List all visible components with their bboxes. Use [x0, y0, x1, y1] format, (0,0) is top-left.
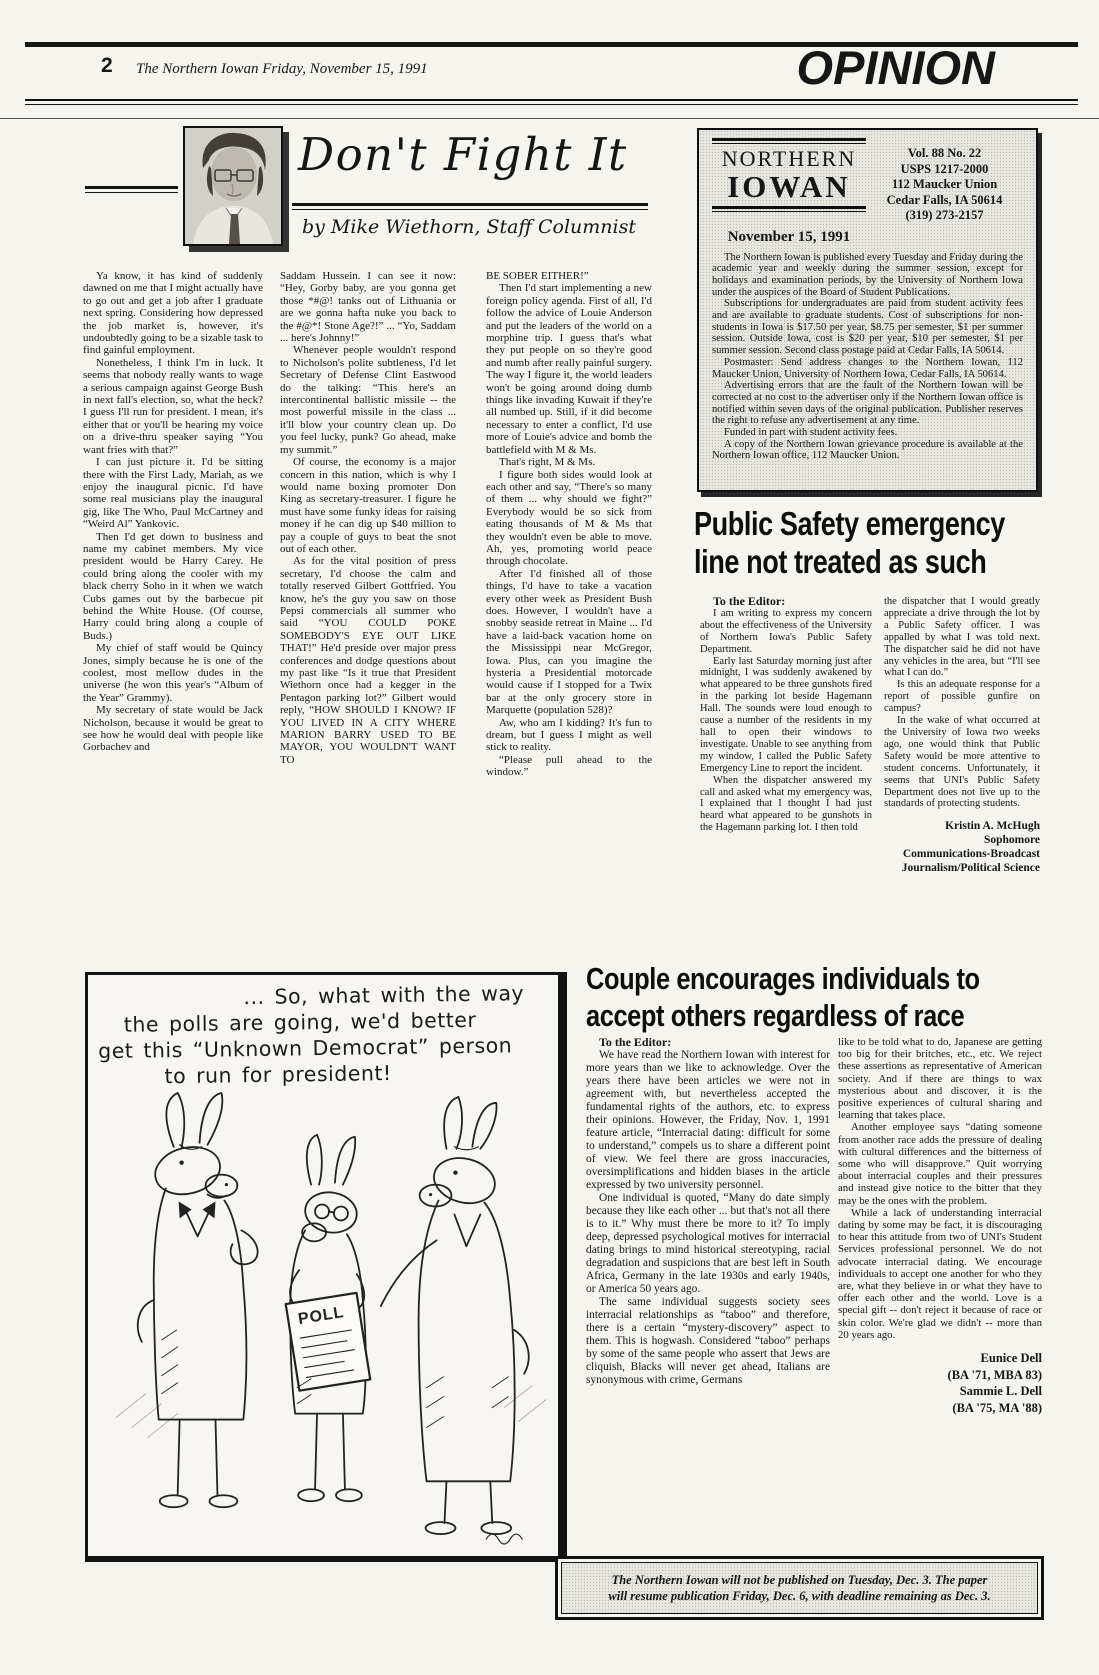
masthead-box: NORTHERN IOWAN Vol. 88 No. 22 USPS 1217-… — [697, 128, 1038, 492]
masthead-name-line2: IOWAN — [712, 171, 866, 202]
letter-paragraph: One individual is quoted, “Many do date … — [586, 1192, 830, 1296]
columnist-photo — [183, 126, 283, 246]
cartoon-caption-line: to run for president! — [164, 1058, 550, 1089]
letter1-headline-line1: Public Safety emergency — [694, 505, 1005, 543]
masthead-date: November 15, 1991 — [712, 229, 866, 246]
feature-byline: by Mike Wiethorn, Staff Columnist — [302, 216, 636, 238]
article-paragraph: My secretary of state would be Jack Nich… — [83, 704, 263, 754]
article-paragraph: BE SOBER EITHER!” — [486, 270, 652, 282]
article-paragraph: Saddam Hussein. I can see it now: “Hey, … — [280, 270, 456, 344]
cartoon-donkeys-illustration: POLL — [96, 1089, 556, 1549]
letter1-column-2: the dispatcher that I would greatly appr… — [884, 596, 1040, 946]
article-column-3: BE SOBER EITHER!” Then I'd start impleme… — [486, 270, 652, 946]
letter-paragraph: Is this an adequate response for a repor… — [884, 679, 1040, 715]
letter2-column-1: To the Editor: We have read the Northern… — [586, 1036, 830, 1550]
donkey-right — [381, 1097, 529, 1534]
letter-paragraph: I am writing to express my concern about… — [700, 608, 872, 656]
article-paragraph: Nonetheless, I think I'm in luck. It see… — [83, 357, 263, 456]
article-paragraph: My chief of staff would be Quincy Jones,… — [83, 642, 263, 704]
letter1-headline-line2: line not treated as such — [694, 543, 1005, 581]
letter-paragraph: We have read the Northern Iowan with int… — [586, 1049, 830, 1192]
editorial-cartoon-box: ... So, what with the way the polls are … — [85, 972, 567, 1562]
article-paragraph: Whenever people wouldn't respond to Nich… — [280, 344, 456, 456]
publication-notice-box: The Northern Iowan will not be published… — [555, 1556, 1044, 1620]
masthead-contact-block: Vol. 88 No. 22 USPS 1217-2000 112 Maucke… — [866, 138, 1023, 224]
signature-name: Sammie L. Dell — [838, 1383, 1042, 1400]
donkey-middle: POLL — [286, 1135, 371, 1501]
cartoon-caption: ... So, what with the way the polls are … — [95, 980, 550, 1090]
donkey-left — [138, 1093, 258, 1507]
masthead-volume: Vol. 88 No. 22 — [866, 146, 1023, 162]
publication-notice-line1: The Northern Iowan will not be published… — [562, 1572, 1037, 1588]
letter-paragraph: the dispatcher that I would greatly appr… — [884, 596, 1040, 679]
letter-paragraph: In the wake of what occurred at the Univ… — [884, 715, 1040, 810]
signature-line: (BA '75, MA '88) — [838, 1400, 1042, 1417]
header-bottom-rule-thin — [25, 104, 1078, 105]
letter-paragraph: The same individual suggests society see… — [586, 1296, 830, 1387]
article-paragraph: After I'd finished all of those things, … — [486, 568, 652, 717]
masthead-address-line1: 112 Maucker Union — [866, 177, 1023, 193]
header-bottom-rule — [25, 99, 1078, 101]
section-title: OPINION — [797, 44, 995, 91]
masthead-fine-print: The Northern Iowan is published every Tu… — [712, 252, 1023, 463]
masthead-rule-top — [712, 138, 866, 144]
letter-paragraph: While a lack of understanding interracia… — [838, 1207, 1042, 1341]
poll-paper: POLL — [286, 1293, 371, 1391]
masthead-paragraph: The Northern Iowan is published every Tu… — [712, 252, 1023, 299]
letter2-headline-line1: Couple encourages individuals to — [586, 960, 980, 997]
letter2-salutation: To the Editor: — [586, 1036, 830, 1049]
page-number: 2 — [101, 54, 113, 78]
article-paragraph: “Please pull ahead to the window.” — [486, 754, 652, 779]
article-paragraph: I can just picture it. I'd be sitting th… — [83, 456, 263, 530]
masthead-name-line1: NORTHERN — [712, 148, 866, 170]
letter2-headline-line2: accept others regardless of race — [586, 997, 980, 1034]
letter-paragraph: like to be told what to do, Japanese are… — [838, 1036, 1042, 1121]
letter-paragraph: When the dispatcher answered my call and… — [700, 775, 872, 835]
publication-notice-line2: will resume publication Friday, Dec. 6, … — [562, 1588, 1037, 1604]
article-paragraph: I figure both sides would look at each o… — [486, 469, 652, 568]
signature-name: Kristin A. McHugh — [884, 819, 1040, 833]
article-paragraph: Of course, the economy is a major concer… — [280, 456, 456, 555]
letter1-signature: Kristin A. McHugh Sophomore Communicatio… — [884, 819, 1040, 875]
article-paragraph: Then I'd start implementing a new foreig… — [486, 282, 652, 456]
signature-line: (BA '71, MBA 83) — [838, 1367, 1042, 1384]
article-paragraph: As for the vital position of press secre… — [280, 555, 456, 766]
portrait-illustration — [185, 128, 281, 244]
letter1-column-1: To the Editor: I am writing to express m… — [700, 596, 872, 944]
masthead-paragraph: Postmaster: Send address changes to the … — [712, 357, 1023, 380]
masthead-paragraph: Subscriptions for undergraduates are pai… — [712, 298, 1023, 357]
newspaper-opinion-page: 2 The Northern Iowan Friday, November 15… — [0, 0, 1099, 1675]
masthead-address-line2: Cedar Falls, IA 50614 — [866, 193, 1023, 209]
masthead-usps: USPS 1217-2000 — [866, 162, 1023, 178]
feature-left-rule — [85, 186, 178, 193]
masthead-rule-bottom — [712, 206, 866, 212]
letter1-headline: Public Safety emergency line not treated… — [694, 505, 1073, 581]
letter-paragraph: Another employee says “dating someone fr… — [838, 1121, 1042, 1206]
signature-line: Journalism/Political Science — [884, 861, 1040, 875]
masthead-logo: NORTHERN IOWAN — [712, 138, 866, 224]
article-column-1: Ya know, it has kind of suddenly dawned … — [83, 270, 263, 970]
feature-title: Don't Fight It — [298, 130, 650, 180]
letter-paragraph: Early last Saturday morning just after m… — [700, 656, 872, 775]
article-paragraph: That's right, M & Ms. — [486, 456, 652, 468]
issue-line: The Northern Iowan Friday, November 15, … — [136, 61, 428, 78]
cartoonist-signature — [486, 1534, 522, 1544]
letter1-salutation: To the Editor: — [700, 596, 872, 608]
signature-line: Communications-Broadcast — [884, 847, 1040, 861]
signature-line: Sophomore — [884, 833, 1040, 847]
article-paragraph: Aw, who am I kidding? It's fun to dream,… — [486, 717, 652, 754]
header-hairline — [0, 118, 1099, 119]
cartoon-caption-line: ... So, what with the way — [243, 980, 549, 1010]
masthead-phone: (319) 273-2157 — [866, 208, 1023, 224]
letter2-signature: Eunice Dell (BA '71, MBA 83) Sammie L. D… — [838, 1350, 1042, 1416]
signature-name: Eunice Dell — [838, 1350, 1042, 1367]
masthead-paragraph: Funded in part with student activity fee… — [712, 427, 1023, 439]
article-column-2: Saddam Hussein. I can see it now: “Hey, … — [280, 270, 456, 946]
letter2-headline: Couple encourages individuals to accept … — [586, 960, 1066, 1034]
letter2-column-2: like to be told what to do, Japanese are… — [838, 1036, 1042, 1550]
feature-title-rule — [292, 203, 648, 210]
masthead-paragraph: A copy of the Northern Iowan grievance p… — [712, 439, 1023, 462]
article-paragraph: Ya know, it has kind of suddenly dawned … — [83, 270, 263, 357]
masthead-paragraph: Advertising errors that are the fault of… — [712, 380, 1023, 427]
article-paragraph: Then I'd get down to business and name m… — [83, 531, 263, 643]
